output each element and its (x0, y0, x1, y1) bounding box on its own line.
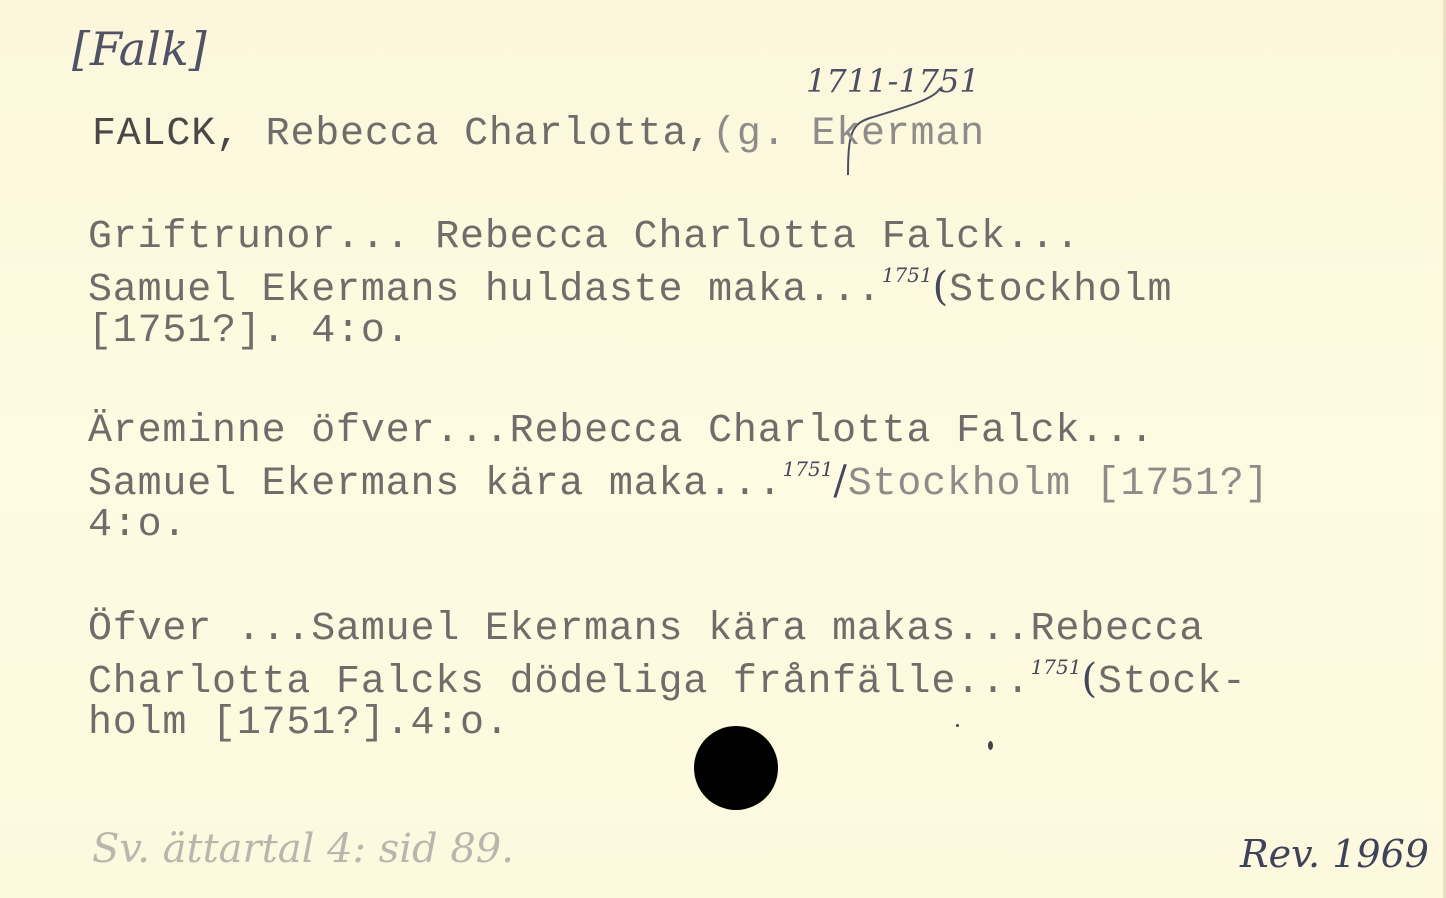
ink-speck (956, 724, 959, 727)
entry-2-line-1: Äreminne öfver...Rebecca Charlotta Falck… (88, 412, 1269, 459)
entry-1-line-3: [1751?]. 4:o. (88, 312, 1172, 359)
entry-1-pen-mark: ( (933, 264, 949, 310)
entry-2-pen-mark: / (833, 458, 847, 504)
entry-2-line-3: 4:o. (88, 506, 1269, 553)
entry-comma: , (216, 112, 241, 157)
ink-speck (988, 741, 993, 750)
entry-3-line-3: holm [1751?].4:o. (88, 704, 1247, 751)
entry-3-line-1: Öfver ...Samuel Ekermans kära makas...Re… (88, 610, 1247, 657)
entry-1-date-annotation: 1751 (882, 263, 933, 287)
entry-1-place: Stockholm (949, 268, 1172, 313)
entry-3-pen-mark: ( (1081, 656, 1097, 702)
entry-3-place: Stock- (1098, 660, 1247, 705)
main-entry-line: FALCK, Rebecca Charlotta,(g. Ekerman (92, 115, 985, 155)
entry-surname: FALCK (92, 112, 216, 157)
entry-married-name: (g. Ekerman (712, 112, 985, 157)
entry-given-names: Rebecca Charlotta, (241, 112, 712, 157)
catalog-card: [Falk] 1711-1751 FALCK, Rebecca Charlott… (0, 0, 1446, 898)
entry-1-line-1: Griftrunor... Rebecca Charlotta Falck... (88, 218, 1172, 265)
revision-note: Rev. 1969 (1240, 832, 1429, 876)
entry-2-line-2: Samuel Ekermans kära maka...1751/Stockho… (88, 459, 1269, 506)
entry-1-line-2-text: Samuel Ekermans huldaste maka... (88, 268, 882, 313)
bibliographic-entry-2: Äreminne öfver...Rebecca Charlotta Falck… (88, 412, 1269, 553)
handwritten-heading: [Falk] (72, 22, 207, 76)
bibliographic-entry-1: Griftrunor... Rebecca Charlotta Falck...… (88, 218, 1172, 359)
entry-2-place: Stockholm [1751?] (848, 462, 1270, 507)
entry-3-line-2: Charlotta Falcks dödeliga frånfälle...17… (88, 657, 1247, 704)
card-punch-hole (694, 726, 778, 810)
entry-2-line-2-text: Samuel Ekermans kära maka... (88, 462, 783, 507)
pencil-source-reference: Sv. ättartal 4: sid 89. (92, 826, 514, 872)
entry-2-date-annotation: 1751 (783, 457, 834, 481)
entry-1-line-2: Samuel Ekermans huldaste maka...1751(Sto… (88, 265, 1172, 312)
bibliographic-entry-3: Öfver ...Samuel Ekermans kära makas...Re… (88, 610, 1247, 751)
entry-3-line-2-text: Charlotta Falcks dödeliga frånfälle... (88, 660, 1031, 705)
entry-3-date-annotation: 1751 (1031, 655, 1082, 679)
